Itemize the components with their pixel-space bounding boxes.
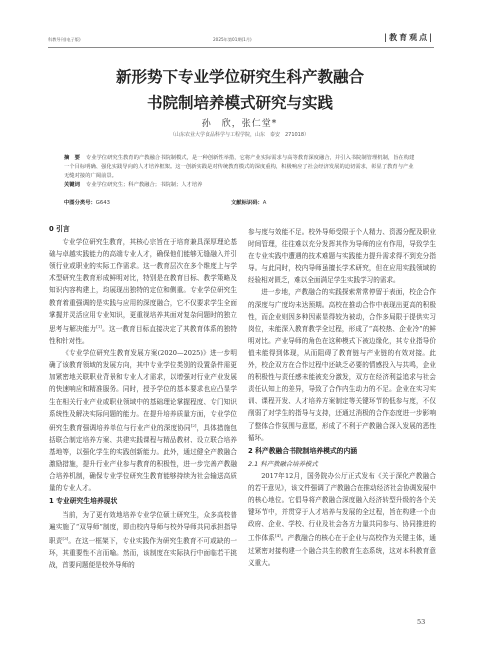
doccode-value: A bbox=[263, 200, 267, 206]
left-column: 0 引言 专业学位研究生教育，其核心宗旨在于培育兼具深厚理论基础与卓越实践能力的… bbox=[49, 222, 237, 571]
page-number: 53 bbox=[417, 618, 425, 626]
column-name: |教育观点| bbox=[384, 32, 434, 43]
paragraph: 进一步地，产教融合的实践探索常常停留于表面，校企合作的深度与广度均未达预期。高校… bbox=[248, 286, 436, 443]
abstract-text: 专业学位研究生教育的产教融合书院制模式，是一种创新性举措，它将产业实际需求与高等… bbox=[64, 155, 414, 179]
keywords-label: 关键词 bbox=[64, 182, 80, 188]
running-header: 科教导刊(电子版) 2025年第01期(1月) |教育观点| bbox=[48, 28, 434, 48]
paragraph: 《专业学位研究生教育发展方案(2020—2025)》进一步明确了该教育领域的发展… bbox=[49, 347, 237, 494]
section-heading-1: 1 专业研究生培养现状 bbox=[49, 495, 237, 507]
section-heading-intro: 0 引言 bbox=[49, 223, 237, 235]
keywords: 关键词专业学位研究生；科产教融合；书院制；人才培养 bbox=[64, 181, 416, 190]
abstract: 摘 要专业学位研究生教育的产教融合书院制模式，是一种创新性举措，它将产业实际需求… bbox=[64, 154, 416, 190]
title-line-2: 书院制培养模式研究与实践 bbox=[40, 90, 440, 116]
issue-info: 2025年第01期(1月) bbox=[213, 37, 252, 43]
title-line-1: 新形势下专业学位研究生科产教融合 bbox=[40, 64, 440, 90]
paragraph: 专业学位研究生教育，其核心宗旨在于培育兼具深厚理论基础与卓越实践能力的高端专业人… bbox=[49, 236, 237, 347]
clc-number: 中图分类号：G643 bbox=[64, 198, 110, 206]
section-heading-2: 2 科产教融合书院制培养模式的内涵 bbox=[248, 445, 436, 457]
doccode-label: 文献标识码： bbox=[231, 200, 263, 206]
paragraph: 2017年12月，国务院办公厅正式发布《关于深化产教融合的若干意见》，该文件强调… bbox=[248, 470, 436, 569]
authors: 孙 欣，张仁堂* bbox=[0, 116, 479, 129]
paragraph-continued: 参与度与效能不足。校外导师受限于个人精力、资源分配及职业时间管理，往往难以充分发… bbox=[248, 226, 436, 286]
paragraph: 当前，为了更有效地培养专业学位硕士研究生，众多高校普遍实施了“双导师”制度，即由… bbox=[49, 509, 237, 572]
right-column: 参与度与效能不足。校外导师受限于个人精力、资源分配及职业时间管理，往往难以充分发… bbox=[248, 226, 436, 569]
journal-name: 科教导刊(电子版) bbox=[48, 37, 81, 43]
abstract-label: 摘 要 bbox=[64, 155, 80, 161]
article-title: 新形势下专业学位研究生科产教融合 书院制培养模式研究与实践 bbox=[40, 64, 440, 116]
clc-value: G643 bbox=[96, 200, 110, 206]
affiliation: （山东农业大学食品科学与工程学院，山东 泰安 271018） bbox=[0, 131, 479, 138]
keywords-text: 专业学位研究生；科产教融合；书院制；人才培养 bbox=[86, 182, 203, 188]
document-code: 文献标识码：A bbox=[231, 198, 266, 206]
subsection-heading-2-1: 2.1 科产教融合培养模式 bbox=[248, 458, 436, 470]
clc-label: 中图分类号： bbox=[64, 200, 96, 206]
